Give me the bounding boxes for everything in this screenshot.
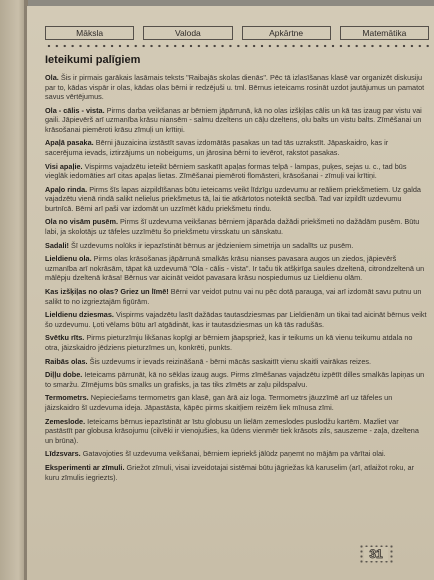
dotted-divider [45,44,429,48]
paragraph-text: Šī uzdevums nolūks ir iepazīstināt bērnu… [69,241,353,250]
paragraph-heading: Lieldienu dziesmas. [45,310,114,319]
paragraph-text: Bērni jāuzaicina izstāstīt savas izdomāt… [45,138,388,157]
paragraph: Kas izšķiļas no olas? Griez un līmē! Bēr… [45,287,427,306]
paragraph: Zemeslode. Ieteicams bērnus iepazīstināt… [45,417,427,446]
page-title: Ieteikumi palīgiem [45,54,140,66]
paragraph-text: Ieteicams bērnus iepazīstināt ar īstu gl… [45,417,419,445]
paragraph: Ola no visām pusēm. Pirms šī uzdevuma ve… [45,217,427,236]
paragraph: Ola - cālis - vista. Pirms darba veikšan… [45,106,427,135]
subject-tabs: Māksla Valoda Apkārtne Matemātika [45,26,429,40]
paragraph: Ola. Šis ir pirmais garākais lasāmais te… [45,73,427,102]
paragraph-heading: Termometrs. [45,393,89,402]
paragraph: Sadali! Šī uzdevums nolūks ir iepazīstin… [45,241,427,251]
book-page: Māksla Valoda Apkārtne Matemātika Ieteik… [27,6,434,580]
paragraph-heading: Svētku rīts. [45,333,84,342]
paragraph-heading: Kas izšķiļas no olas? Griez un līmē! [45,287,169,296]
paragraph-heading: Lieldienu ola. [45,254,92,263]
paragraph-text: Nepieciešams termometrs gan klasē, gan ā… [45,393,392,412]
paragraph-heading: Diļļu dobe. [45,370,82,379]
paragraph: Lieldienu dziesmas. Vispirms vajadzētu l… [45,310,427,329]
paragraph: Eksperimenti ar zīmuli. Griežot zīmuli, … [45,463,427,482]
paragraph: Apaļā pasaka. Bērni jāuzaicina izstāstīt… [45,138,427,157]
page-number: 31 [364,547,388,561]
paragraph: Visi apaļie. Vispirms vajadzētu ieteikt … [45,162,427,181]
paragraph-heading: Sadali! [45,241,69,250]
paragraph-text: Pirms olas krāsošanas jāpārrunā smalkās … [45,254,424,282]
paragraph-text: Vispirms vajadzētu ieteikt bērniem saska… [45,162,407,181]
paragraph: Svētku rīts. Pirms pieturzīmju likšanas … [45,333,427,352]
tab-valoda: Valoda [143,26,232,40]
paragraph: Apaļo rinda. Pirms šīs lapas aizpildīšan… [45,185,427,214]
page-number-box: 31 [359,544,393,564]
tab-maksla: Māksla [45,26,134,40]
paragraph-text: Šis uzdevums ir ievads reizināšanā - bēr… [88,357,371,366]
paragraph-text: Pirms šīs lapas aizpildīšanas būtu ietei… [45,185,421,213]
paragraph-heading: Apaļā pasaka. [45,138,94,147]
paragraph-heading: Līdzsvars. [45,449,81,458]
paragraph: Diļļu dobe. Ieteicams pārrunāt, kā no sē… [45,370,427,389]
tab-matematika: Matemātika [340,26,429,40]
paragraph-heading: Eksperimenti ar zīmuli. [45,463,124,472]
paragraph-text: Šis ir pirmais garākais lasāmais teksts … [45,73,424,101]
paragraph-heading: Ola - cālis - vista. [45,106,105,115]
paragraph-heading: Ola. [45,73,59,82]
tab-apkartne: Apkārtne [242,26,331,40]
paragraph: Līdzsvars. Gatavojoties šī uzdevuma veik… [45,449,427,459]
page-content: Ola. Šis ir pirmais garākais lasāmais te… [45,73,427,486]
paragraph-heading: Apaļo rinda. [45,185,87,194]
paragraph-heading: Ola no visām pusēm. [45,217,118,226]
paragraph-text: Pirms pieturzīmju likšanas kopīgi ar bēr… [45,333,412,352]
left-page-edge [0,0,26,580]
paragraph-text: Ieteicams pārrunāt, kā no sēklas izaug a… [45,370,424,389]
paragraph-heading: Zemeslode. [45,417,85,426]
paragraph: Raibās olas. Šis uzdevums ir ievads reiz… [45,357,427,367]
paragraph-heading: Raibās olas. [45,357,88,366]
paragraph: Termometrs. Nepieciešams termometrs gan … [45,393,427,412]
paragraph: Lieldienu ola. Pirms olas krāsošanas jāp… [45,254,427,283]
paragraph-heading: Visi apaļie. [45,162,83,171]
paragraph-text: Gatavojoties šī uzdevuma veikšanai, bērn… [81,449,386,458]
